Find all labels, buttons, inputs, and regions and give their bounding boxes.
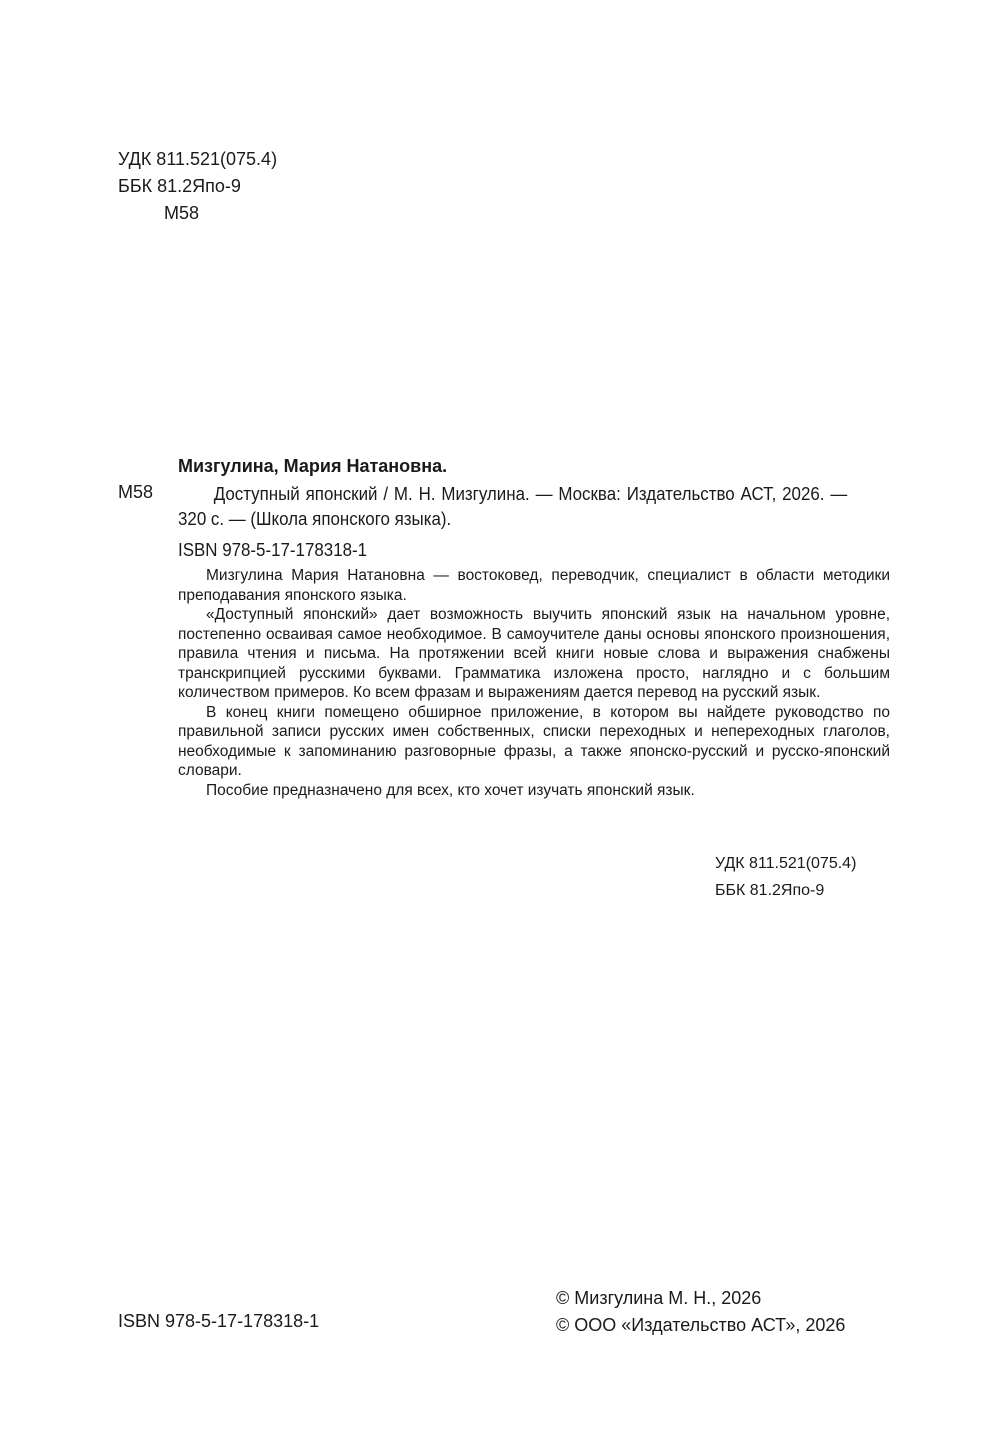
bibliographic-description: Доступный японский / М. Н. Мизгулина. — …: [178, 482, 847, 532]
author-heading: Мизгулина, Мария Натановна.: [178, 456, 447, 477]
annotation-paragraph: «Доступный японский» дает возможность вы…: [178, 605, 890, 703]
annotation: Мизгулина Мария Натановна — востоковед, …: [178, 566, 890, 800]
annotation-paragraph: Мизгулина Мария Натановна — востоковед, …: [178, 566, 890, 605]
author-mark: М58: [118, 200, 277, 227]
bbk-code: ББК 81.2Япо-9: [715, 877, 856, 904]
copyright-author: © Мизгулина М. Н., 2026: [556, 1285, 845, 1312]
isbn: ISBN 978-5-17-178318-1: [178, 540, 367, 561]
classification-codes-top: УДК 811.521(075.4) ББК 81.2Япо-9 М58: [118, 146, 277, 227]
udk-code: УДК 811.521(075.4): [715, 850, 856, 877]
classification-codes-bottom: УДК 811.521(075.4) ББК 81.2Япо-9: [715, 850, 856, 904]
author-mark-side: М58: [118, 482, 153, 503]
annotation-paragraph: В конец книги помещено обширное приложен…: [178, 703, 890, 781]
footer-isbn: ISBN 978-5-17-178318-1: [118, 1311, 319, 1332]
copyright-publisher: © ООО «Издательство АСТ», 2026: [556, 1312, 845, 1339]
udk-code: УДК 811.521(075.4): [118, 146, 277, 173]
annotation-paragraph: Пособие предназначено для всех, кто хоче…: [178, 781, 890, 801]
bbk-code: ББК 81.2Япо-9: [118, 173, 277, 200]
copyright-block: © Мизгулина М. Н., 2026 © ООО «Издательс…: [556, 1285, 845, 1339]
